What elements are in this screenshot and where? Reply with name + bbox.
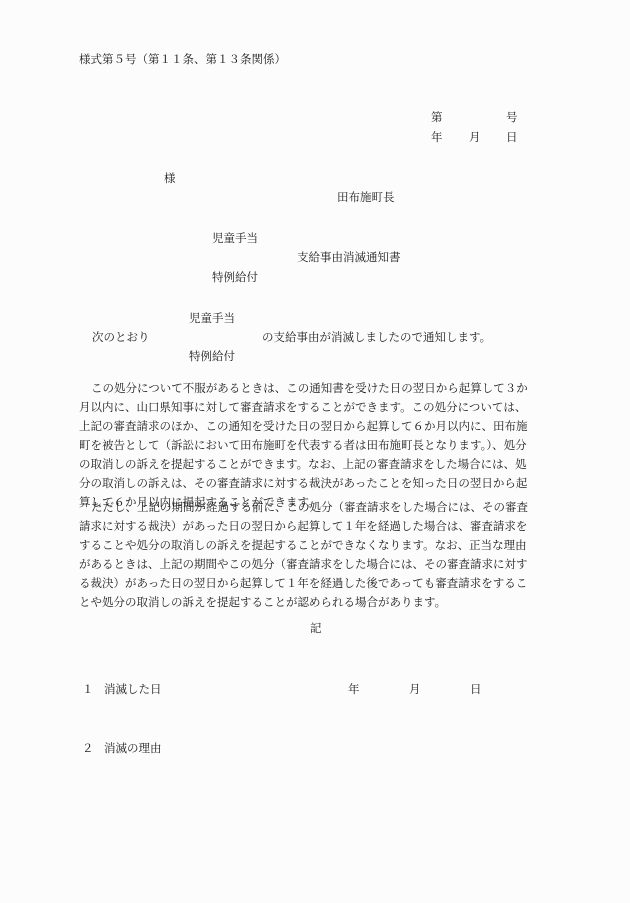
document-title: 支給事由消滅通知書 <box>297 250 401 264</box>
paragraph-line: る裁決）があった日の翌日から起算して１年を経過した後であっても審査請求をするこ <box>79 574 535 593</box>
document-number-suffix: 号 <box>506 110 518 124</box>
paragraph-line: の取消しの訴えを提起することができます。なお、上記の審査請求をした場合には、処 <box>79 455 535 474</box>
appeal-instructions-paragraph-2: ただし、上記の期間が経過する前に、この処分（審査請求をした場合には、その審査 請… <box>79 498 535 612</box>
date-year: 年 <box>431 130 443 144</box>
paragraph-line: 月以内に、山口県知事に対して審査請求をすることができます。この処分については、 <box>79 398 535 417</box>
date-day: 日 <box>506 130 518 144</box>
addressee-suffix: 様 <box>164 171 176 185</box>
notice-option-special-benefit: 特例給付 <box>189 349 235 363</box>
record-item-1-number: １ <box>82 682 94 696</box>
notice-tail: の支給事由が消滅しましたので通知します。 <box>262 330 491 344</box>
paragraph-line: することや処分の取消しの訴えを提起することができなくなります。なお、正当な理由 <box>79 536 535 555</box>
record-item-1-year: 年 <box>348 682 360 696</box>
paragraph-line: 分の取消しの訴えは、その審査請求に対する裁決があったことを知った日の翌日から起 <box>79 474 535 493</box>
paragraph-line: があるときは、上記の期間やこの処分（審査請求をした場合には、その審査請求に対す <box>79 555 535 574</box>
paragraph-line: ただし、上記の期間が経過する前に、この処分（審査請求をした場合には、その審査 <box>79 498 535 517</box>
appeal-instructions-paragraph-1: この処分について不服があるときは、この通知書を受けた日の翌日から起算して３か 月… <box>79 379 535 512</box>
record-item-1-day: 日 <box>470 682 482 696</box>
form-label: 様式第５号（第１１条、第１３条関係） <box>79 52 286 66</box>
date-month: 月 <box>469 130 481 144</box>
paragraph-line: この処分について不服があるときは、この通知書を受けた日の翌日から起算して３か <box>79 379 535 398</box>
document-number-prefix: 第 <box>431 110 443 124</box>
record-heading: 記 <box>310 621 322 635</box>
notice-option-child-allowance: 児童手当 <box>189 311 235 325</box>
issuer-name: 田布施町長 <box>337 190 395 204</box>
record-item-1-label: 消滅した日 <box>104 682 162 696</box>
record-item-2-number: ２ <box>82 741 94 755</box>
title-option-special-benefit: 特例給付 <box>212 270 258 284</box>
notice-lead: 次のとおり <box>92 330 150 344</box>
paragraph-line: とや処分の取消しの訴えを提起することが認められる場合があります。 <box>79 593 535 612</box>
paragraph-line: 請求に対する裁決）があった日の翌日から起算して１年を経過した場合は、審査請求を <box>79 517 535 536</box>
paragraph-line: 上記の審査請求のほか、この通知を受けた日の翌日から起算して６か月以内に、田布施 <box>79 417 535 436</box>
record-item-2-label: 消滅の理由 <box>104 741 162 755</box>
title-option-child-allowance: 児童手当 <box>212 231 258 245</box>
paragraph-line: 町を被告として（訴訟において田布施町を代表する者は田布施町長となります。）、処分 <box>79 436 535 455</box>
record-item-1-month: 月 <box>409 682 421 696</box>
